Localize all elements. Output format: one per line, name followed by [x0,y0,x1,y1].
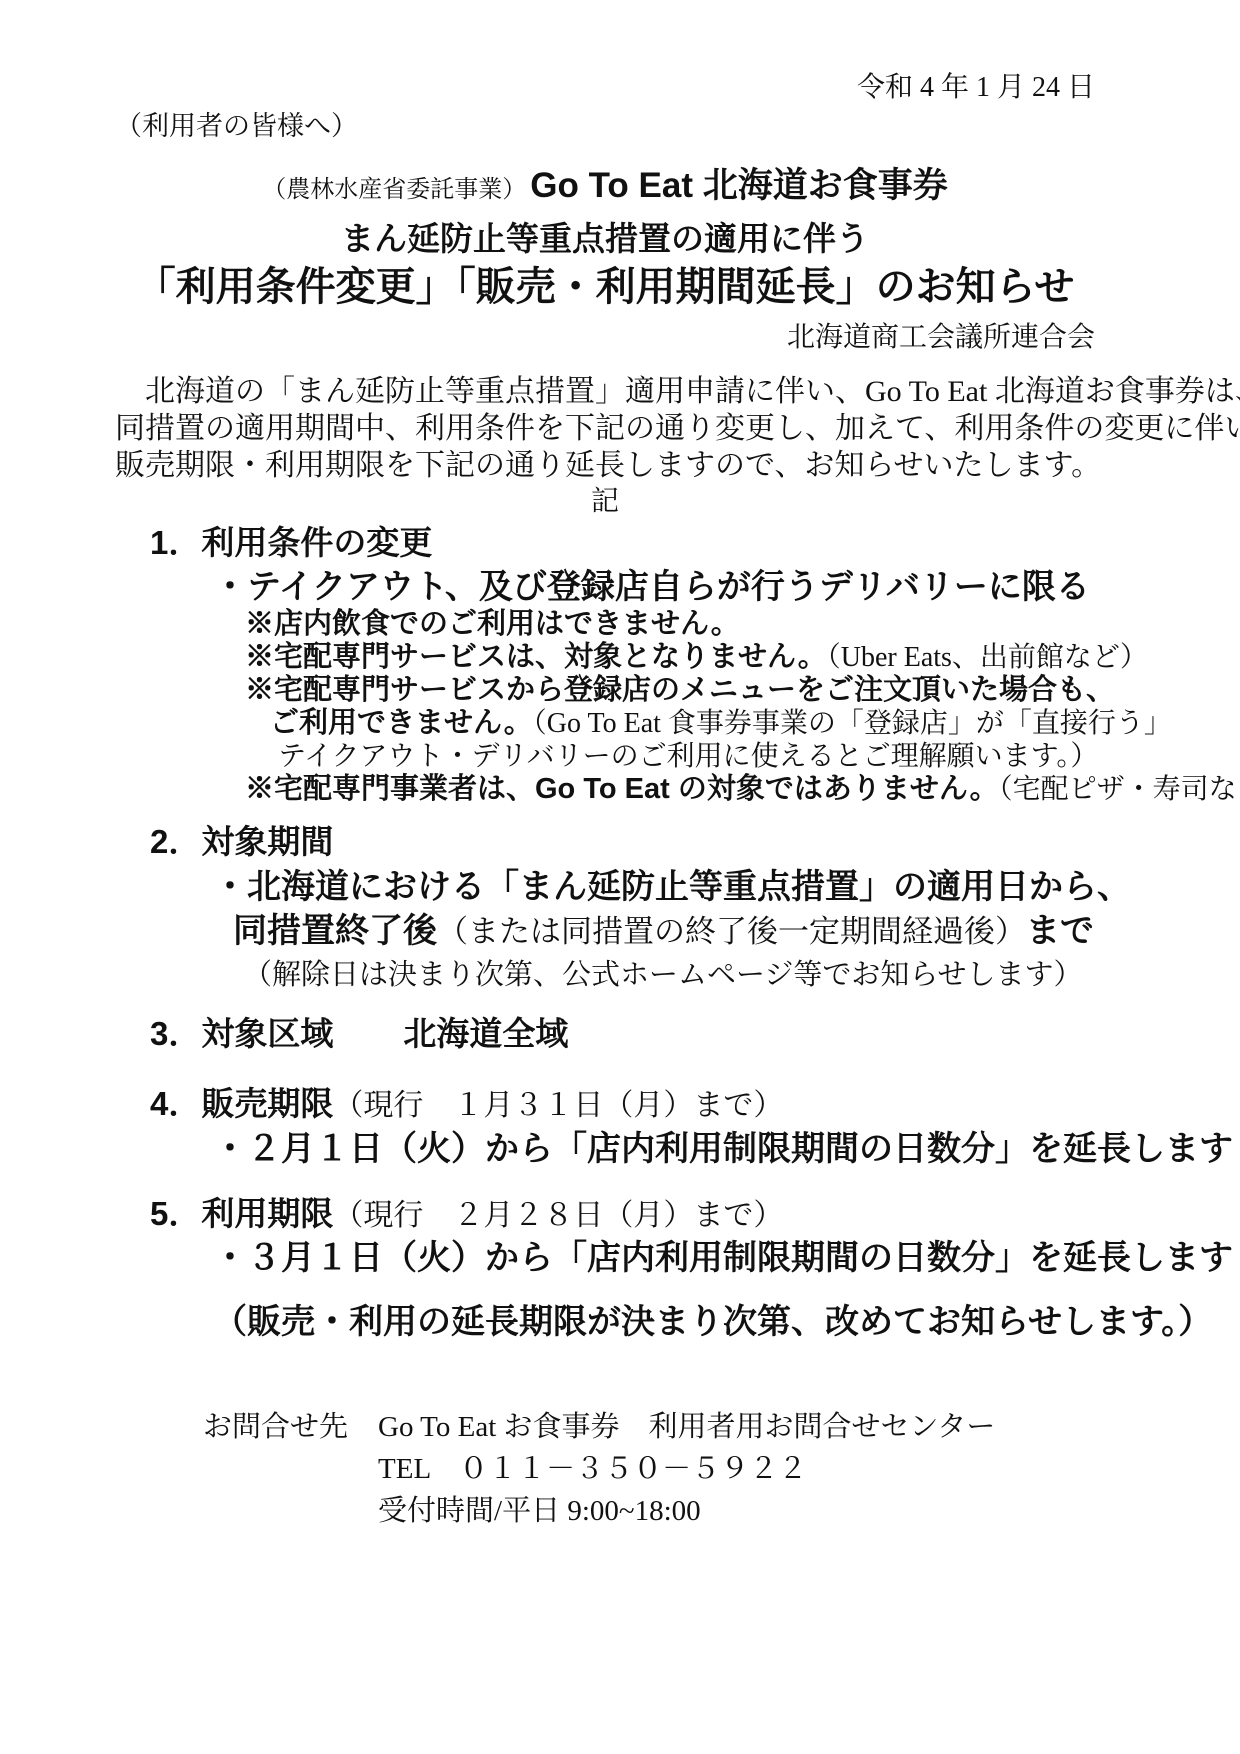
section5-label: 5．利用期限 [150,1195,333,1232]
intro-paragraph: 北海道の「まん延防止等重点措置」適用申請に伴い、Go To Eat 北海道お食事… [115,373,1095,484]
section2-line3: （解除日は決まり次第、公式ホームページ等でお知らせします） [115,955,1095,995]
s2-bold-text-2: まで [1026,912,1094,950]
section2-heading: 2．対象期間 [115,821,1095,863]
section5-current-limit: （現行 ２月２８日（月）まで） [333,1199,783,1232]
contact-label: お問合せ先 [203,1406,348,1448]
note2-light-text: （Uber Eats、出前館など） [827,642,1148,673]
section3-heading: 3．対象区域北海道全域 [115,1013,1095,1055]
title-line-3: 「利用条件変更」「販売・利用期間延長」のお知らせ [115,261,1095,313]
section2-bullet: ・北海道における「まん延防止等重点措置」の適用日から、 [115,866,1095,908]
s2-light-text: （または同措置の終了後一定期間経過後） [437,914,1026,949]
section2-line2: 同措置終了後（または同措置の終了後一定期間経過後）まで [115,910,1095,953]
section4-bullet: ・２月１日（火）から「店内利用制限期間の日数分」を延長します [115,1128,1095,1170]
intro-line: 同措置の適用期間中、利用条件を下記の通り変更し、加えて、利用条件の変更に伴い、 [115,410,1095,447]
note4-light-text: （宅配ピザ・寿司など） [999,774,1240,805]
contact-hours: 受付時間/平日 9:00~18:00 [378,1490,995,1532]
note2-bold-text: ※宅配専門サービスは、対象となりません。 [245,641,827,673]
issuer-name: 北海道商工会議所連合会 [115,319,1095,357]
section5-bullet: ・３月１日（火）から「店内利用制限期間の日数分」を延長します [115,1237,1095,1279]
section1-note3-line1: ※宅配専門サービスから登録店のメニューをご注文頂いた場合も、 [115,674,1095,707]
document-page: 令和 4 年 1 月 24 日 （利用者の皆様へ） （農林水産省委託事業） Go… [0,0,1240,1754]
title-main: Go To Eat 北海道お食事券 [530,166,947,205]
section1-note3-line3: テイクアウト・デリバリーのご利用に使えるとご理解願います。） [115,740,1095,773]
section4-heading: 4．販売期限（現行 １月３１日（月）まで） [115,1083,1095,1127]
section4-label: 4．販売期限 [150,1085,333,1122]
section1-note2: ※宅配専門サービスは、対象となりません。（Uber Eats、出前館など） [115,641,1095,674]
s2-bold-text-1: 同措置終了後 [233,912,437,950]
contact-center-name: Go To Eat お食事券 利用者用お問合せセンター [378,1406,995,1448]
contact-phone: TEL ０１１－３５０－５９２２ [378,1448,995,1490]
note3-light-text: （Go To Eat 食事券事業の「登録店」が「直接行う」 [533,708,1172,739]
contact-block: お問合せ先 Go To Eat お食事券 利用者用お問合せセンター TEL ０１… [115,1406,1095,1532]
section4-current-limit: （現行 １月３１日（月）まで） [333,1089,783,1122]
document-date: 令和 4 年 1 月 24 日 [115,70,1095,106]
intro-line: 北海道の「まん延防止等重点措置」適用申請に伴い、Go To Eat 北海道お食事… [115,373,1095,410]
title-line-1: （農林水産省委託事業） Go To Eat 北海道お食事券 [115,162,1095,217]
section1-note4: ※宅配専門事業者は、Go To Eat の対象ではありません。（宅配ピザ・寿司な… [115,773,1095,806]
closing-note: （販売・利用の延長期限が決まり次第、改めてお知らせします。） [115,1300,1095,1344]
ki-marker: 記 [115,484,1095,520]
title-line-2: まん延防止等重点措置の適用に伴う [115,217,1095,261]
section3-value: 北海道全域 [403,1013,568,1055]
recipient-note: （利用者の皆様へ） [115,108,1095,144]
section1-bullet: ・テイクアウト、及び登録店自らが行うデリバリーに限る [115,566,1095,608]
note4-bold-text: ※宅配専門事業者は、Go To Eat の対象ではありません。 [245,773,999,805]
section3-label: 3．対象区域 [150,1015,333,1052]
section1-note3-line2: ご利用できません。（Go To Eat 食事券事業の「登録店」が「直接行う」 [115,707,1095,740]
section1-note1: ※店内飲食でのご利用はできません。 [115,608,1095,641]
section5-heading: 5．利用期限（現行 ２月２８日（月）まで） [115,1193,1095,1237]
intro-line: 販売期限・利用期限を下記の通り延長しますので、お知らせいたします。 [115,447,1095,484]
title-prefix: （農林水産省委託事業） [262,177,526,203]
section1-heading: 1．利用条件の変更 [115,522,1095,564]
note3-bold-text: ご利用できません。 [270,707,533,739]
contact-details: Go To Eat お食事券 利用者用お問合せセンター TEL ０１１－３５０－… [378,1406,995,1532]
